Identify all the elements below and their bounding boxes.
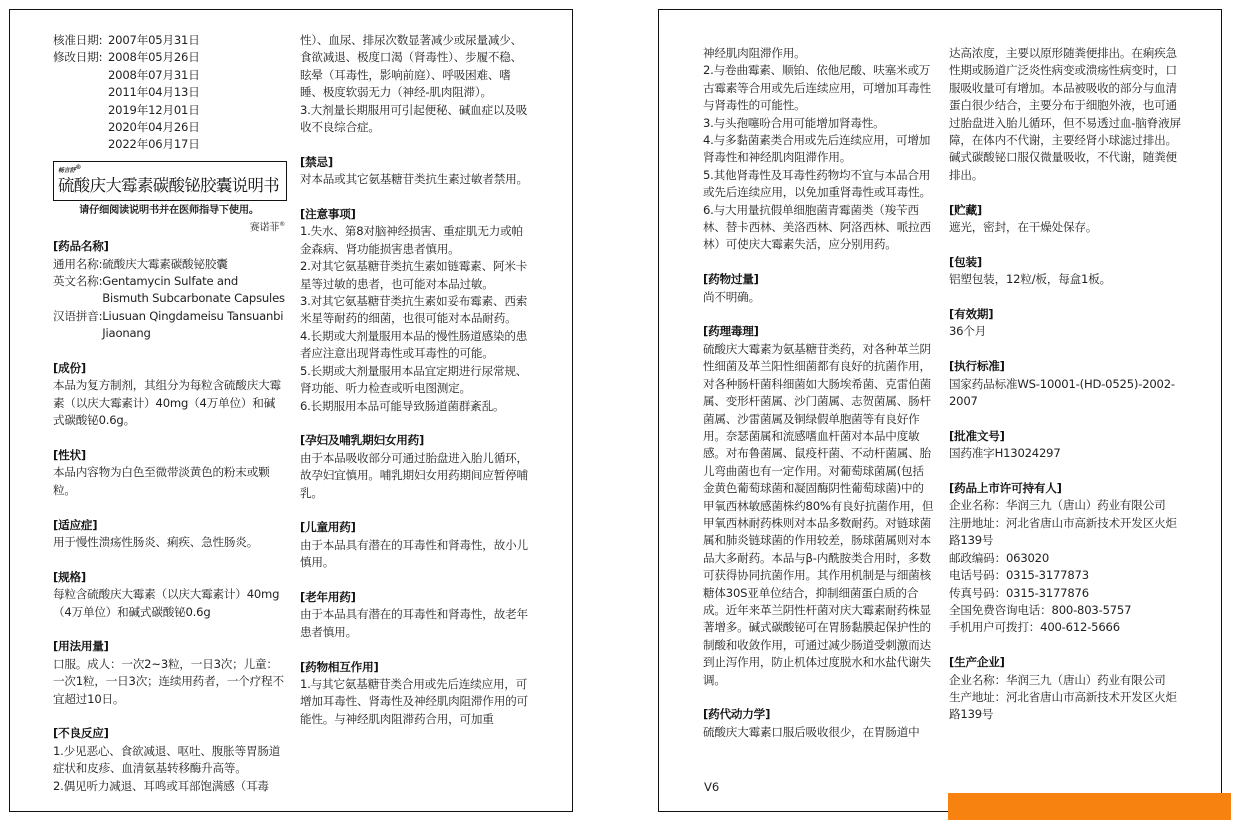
section-text: 硫酸庆大霉素口服后吸收很少，在胃肠道中 [703,724,935,741]
section-text: 口服。成人：一次2~3粒，一日3次；儿童：一次1粒，一日3次；连续用药者，一个疗… [53,656,285,708]
section-heading: [禁忌] [300,154,532,171]
revision-date-value: 2019年12月01日 [108,102,200,119]
section-text: 用于慢性溃疡性肠炎、痢疾、急性肠炎。 [53,534,285,551]
section-heading: [儿童用药] [300,519,532,536]
section-heading: [包装] [949,254,1181,271]
section-text: 国药准字H13024297 [949,445,1181,462]
section-drug-name: [药品名称] 通用名称:硫酸庆大霉素碳酸铋胶囊 英文名称:Gentamycin … [53,238,285,342]
section-composition: [成份] 本品为复方制剂，其组分为每粒含硫酸庆大霉素（以庆大霉素计）40mg（4… [53,360,285,430]
section-shelf-life: [有效期] 36个月 [949,306,1181,341]
section-specification: [规格] 每粒含硫酸庆大霉素（以庆大霉素计）40mg（4万单位）和碱式碳酸铋0.… [53,569,285,621]
pinyin-name-value: Liusuan Qingdameisu Tansuanbi Jiaonang [102,308,285,343]
section-pediatric: [儿童用药] 由于本品具有潜在的耳毒性和肾毒性，故小儿慎用。 [300,519,532,571]
section-heading: [药代动力学] [703,706,935,723]
generic-name-value: 硫酸庆大霉素碳酸铋胶囊 [102,256,285,273]
postal-code: 邮政编码：063020 [949,550,1181,567]
list-item: 2.与卷曲霉素、顺铂、依他尼酸、呋塞米或万古霉素等合用或先后连续应用，可增加耳毒… [703,62,935,114]
list-item: 3.对其它氨基糖苷类抗生素如妥布霉素、西索米星等耐药的细菌，也很可能对本品耐药。 [300,293,532,328]
section-text: 由于本品吸收部分可通过胎盘进入胎儿循环，故孕妇宜慎用。哺乳期妇女用药期间应暂停哺… [300,450,532,502]
left-page-column-2: 性）、血尿、排尿次数显著减少或尿量减少、食欲减退、极度口渴（肾毒性）、步履不稳、… [300,32,532,728]
list-item: 3.大剂量长期服用可引起便秘、碱血症以及吸收不良综合症。 [300,102,532,137]
list-item: 1.少见恶心、食欲减退、呕吐、腹胀等胃肠道症状和皮疹、血清氨基转移酶升高等。 [53,743,285,778]
section-pharmacokinetics: [药代动力学] 硫酸庆大霉素口服后吸收很少，在胃肠道中 [703,706,935,741]
revision-history: 核准日期:2007年05月31日 修改日期:2008年05月26日 2008年0… [53,32,285,154]
section-storage: [贮藏] 遮光，密封，在干燥处保存。 [949,202,1181,237]
section-dosage: [用法用量] 口服。成人：一次2~3粒，一日3次；儿童：一次1粒，一日3次；连续… [53,638,285,708]
section-overdose: [药物过量] 尚不明确。 [703,271,935,306]
section-description: [性状] 本品内容物为白色至微带淡黄色的粉末或颗粒。 [53,447,285,499]
orange-accent-bar [948,793,1231,820]
list-item: 4.与多黏菌素类合用或先后连续应用，可增加肾毒性和神经肌肉阻滞作用。 [703,132,935,167]
section-pregnancy: [孕妇及哺乳期妇女用药] 由于本品吸收部分可通过胎盘进入胎儿循环，故孕妇宜慎用。… [300,432,532,502]
section-heading: [药理毒理] [703,323,935,340]
revision-date-value: 2011年04月13日 [108,84,200,101]
section-precautions: [注意事项] 1.失水、第8对脑神经损害、重症肌无力或帕金森病、肾功能损害患者慎… [300,206,532,415]
section-heading: [用法用量] [53,638,285,655]
revision-date-value: 2008年07月31日 [108,67,200,84]
trademark: 赛诺菲® [53,218,285,235]
registered-mark-icon: ® [279,221,285,228]
list-item: 5.长期或大剂量服用本品宜定期进行尿常规、肾功能、听力检查或听电图测定。 [300,363,532,398]
mobile-hotline: 手机用户可拨打：400-612-5666 [949,619,1181,636]
section-adverse-reactions: [不良反应] 1.少见恶心、食欲减退、呕吐、腹胀等胃肠道症状和皮疹、血清氨基转移… [53,725,285,795]
section-text: 铝塑包装，12粒/板，每盒1板。 [949,271,1181,288]
leaflet-page-right: 神经肌肉阻滞作用。 2.与卷曲霉素、顺铂、依他尼酸、呋塞米或万古霉素等合用或先后… [658,9,1222,812]
registered-address: 注册地址：河北省唐山市高新技术开发区火炬路139号 [949,515,1181,550]
section-heading: [适应症] [53,517,285,534]
section-indications: [适应症] 用于慢性溃疡性肠炎、痢疾、急性肠炎。 [53,517,285,552]
section-interactions: [药物相互作用] 1.与其它氨基糖苷类合用或先后连续应用，可增加耳毒性、肾毒性及… [300,659,532,729]
section-text: 由于本品具有潜在的耳毒性和肾毒性，故老年患者慎用。 [300,606,532,641]
right-page-column-2: 达高浓度，主要以原形随粪便排出。在痢疾急性期或肠道广泛炎性病变或溃疡性病变时，口… [949,45,1181,724]
section-approval-number: [批准文号] 国药准字H13024297 [949,428,1181,463]
section-heading: [药物相互作用] [300,659,532,676]
list-item: 2.对其它氨基糖苷类抗生素如链霉素、阿米卡星等过敏的患者，也可能对本品过敏。 [300,258,532,293]
approval-date-label: 核准日期: [53,32,108,49]
section-heading: [成份] [53,360,285,377]
usage-instruction: 请仔细阅读说明书并在医师指导下使用。 [53,203,285,218]
generic-name-label: 通用名称: [53,256,102,273]
section-text: 每粒含硫酸庆大霉素（以庆大霉素计）40mg（4万单位）和碱式碳酸铋0.6g [53,586,285,621]
registered-mark-icon: ® [75,164,81,171]
section-heading: [有效期] [949,306,1181,323]
revision-date-value: 2020年04月26日 [108,119,200,136]
list-item-continued: 性）、血尿、排尿次数显著减少或尿量减少、食欲减退、极度口渴（肾毒性）、步履不稳、… [300,32,532,102]
brand-logo: 畅言舒® [58,163,282,175]
section-heading: [执行标准] [949,358,1181,375]
section-heading: [贮藏] [949,202,1181,219]
section-heading: [性状] [53,447,285,464]
section-text: 硫酸庆大霉素为氨基糖苷类药，对各种革兰阴性细菌及革兰阳性细菌都有良好的抗菌作用，… [703,341,935,689]
toll-free-number: 全国免费咨询电话：800-803-5757 [949,602,1181,619]
section-standard: [执行标准] 国家药品标准WS-10001-(HD-0525)-2002-200… [949,358,1181,410]
company-name: 企业名称：华润三九（唐山）药业有限公司 [949,672,1181,689]
section-heading: [批准文号] [949,428,1181,445]
section-heading: [药物过量] [703,271,935,288]
list-item: 6.与大用量抗假单细胞菌青霉菌类（羧苄西林、替卡西林、美洛西林、阿洛西林、哌拉西… [703,202,935,254]
section-text: 对本品或其它氨基糖苷类抗生素过敏者禁用。 [300,171,532,188]
section-heading: [孕妇及哺乳期妇女用药] [300,432,532,449]
english-name-label: 英文名称: [53,273,102,308]
section-heading: [生产企业] [949,654,1181,671]
production-address: 生产地址：河北省唐山市高新技术开发区火炬路139号 [949,689,1181,724]
section-text: 本品为复方制剂，其组分为每粒含硫酸庆大霉素（以庆大霉素计）40mg（4万单位）和… [53,377,285,429]
section-heading: [不良反应] [53,725,285,742]
section-packaging: [包装] 铝塑包装，12粒/板，每盒1板。 [949,254,1181,289]
section-heading: [注意事项] [300,206,532,223]
phone-number: 电话号码：0315-3177873 [949,567,1181,584]
section-text: 尚不明确。 [703,289,935,306]
section-heading: [规格] [53,569,285,586]
section-pharmacology: [药理毒理] 硫酸庆大霉素为氨基糖苷类药，对各种革兰阴性细菌及革兰阳性细菌都有良… [703,323,935,689]
english-name-value: Gentamycin Sulfate and Bismuth Subcarbon… [102,273,285,308]
section-contraindications: [禁忌] 对本品或其它氨基糖苷类抗生素过敏者禁用。 [300,154,532,189]
title-box: 畅言舒® 硫酸庆大霉素碳酸铋胶囊说明书 [53,161,287,201]
list-item: 2.偶见听力减退、耳鸣或耳部饱满感（耳毒 [53,778,285,795]
list-item-continued: 神经肌肉阻滞作用。 [703,45,935,62]
section-text: 本品内容物为白色至微带淡黄色的粉末或颗粒。 [53,464,285,499]
section-heading: [药品名称] [53,238,285,255]
left-page-column-1: 核准日期:2007年05月31日 修改日期:2008年05月26日 2008年0… [53,32,285,795]
section-text: 由于本品具有潜在的耳毒性和肾毒性，故小儿慎用。 [300,537,532,572]
list-item: 1.失水、第8对脑神经损害、重症肌无力或帕金森病、肾功能损害患者慎用。 [300,223,532,258]
list-item: 5.其他肾毒性及耳毒性药物均不宜与本品合用或先后连续应用，以免加重肾毒性或耳毒性… [703,167,935,202]
revision-date-value: 2022年06月17日 [108,136,200,153]
section-marketing-authorization-holder: [药品上市许可持有人] 企业名称：华润三九（唐山）药业有限公司 注册地址：河北省… [949,480,1181,637]
section-text-continued: 达高浓度，主要以原形随粪便排出。在痢疾急性期或肠道广泛炎性病变或溃疡性病变时，口… [949,45,1181,184]
right-page-column-1: 神经肌肉阻滞作用。 2.与卷曲霉素、顺铂、依他尼酸、呋塞米或万古霉素等合用或先后… [703,45,935,741]
revision-date-label: 修改日期: [53,49,108,66]
fax-number: 传真号码：0315-3177876 [949,585,1181,602]
section-geriatric: [老年用药] 由于本品具有潜在的耳毒性和肾毒性，故老年患者慎用。 [300,589,532,641]
section-text: 36个月 [949,323,1181,340]
revision-date-value: 2008年05月26日 [108,49,200,66]
approval-date-value: 2007年05月31日 [108,32,200,49]
list-item: 4.长期或大剂量服用本品的慢性肠道感染的患者应注意出现肾毒性或耳毒性的可能。 [300,328,532,363]
section-manufacturer: [生产企业] 企业名称：华润三九（唐山）药业有限公司 生产地址：河北省唐山市高新… [949,654,1181,724]
section-heading: [老年用药] [300,589,532,606]
pinyin-name-label: 汉语拼音: [53,308,102,343]
list-item: 6.长期服用本品可能导致肠道菌群紊乱。 [300,398,532,415]
list-item: 3.与头孢噻吩合用可能增加肾毒性。 [703,115,935,132]
list-item: 1.与其它氨基糖苷类合用或先后连续应用，可增加耳毒性、肾毒性及神经肌肉阻滞作用的… [300,676,532,728]
company-name: 企业名称：华润三九（唐山）药业有限公司 [949,497,1181,514]
section-heading: [药品上市许可持有人] [949,480,1181,497]
leaflet-page-left: 核准日期:2007年05月31日 修改日期:2008年05月26日 2008年0… [9,9,573,812]
section-text: 遮光，密封，在干燥处保存。 [949,219,1181,236]
version-label: V6 [704,780,719,794]
section-text: 国家药品标准WS-10001-(HD-0525)-2002-2007 [949,376,1181,411]
document-title: 硫酸庆大霉素碳酸铋胶囊说明书 [58,175,282,197]
